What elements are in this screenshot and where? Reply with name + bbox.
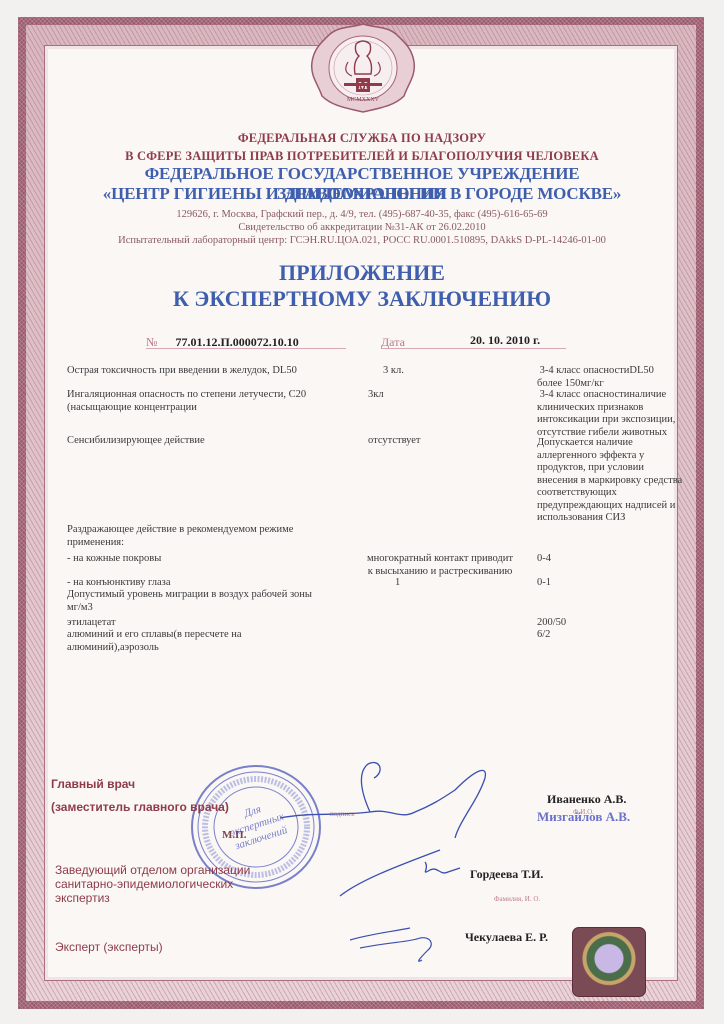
value-cell: 1 [395, 577, 415, 590]
parameter-cell: алюминий и его сплавы(в пересчете на алю… [67, 629, 357, 654]
chief-physician-role: Главный врач [51, 777, 135, 791]
parameter-cell: Допустимый уровень миграции в воздух раб… [67, 589, 357, 614]
parameter-cell: Раздражающее действие в рекомендуемом ре… [67, 524, 357, 549]
deputy-chief-role: (заместитель главного врача) [51, 800, 229, 814]
institution-emblem-icon: М MCMXXXV [308, 22, 418, 114]
document-page: М MCMXXXV ФЕДЕРАЛЬНАЯ СЛУЖБА ПО НАДЗОРУ … [0, 0, 724, 1024]
norm-cell: Допускается наличие аллергенного эффекта… [537, 437, 687, 525]
department-head-name: Гордеева Т.И. [470, 867, 543, 882]
organization-address: 129626, г. Москва, Графский пер., д. 4/9… [60, 209, 664, 220]
number-label: № [146, 335, 157, 349]
value-cell: 3 кл. [383, 365, 553, 378]
value-cell: отсутствует [368, 435, 538, 448]
department-head-role: Заведующий отделом организации санитарно… [55, 863, 250, 905]
document-date: 20. 10. 2010 г. [470, 333, 540, 348]
norm-cell: 200/50 [537, 617, 687, 630]
document-number-field: № 77.01.12.П.000072.10.10 [146, 333, 346, 349]
deputy-name-stamp: Мизгайлов А.В. [537, 809, 630, 825]
document-title-line2: К ЭКСПЕРТНОМУ ЗАКЛЮЧЕНИЮ [60, 286, 664, 312]
hologram-sticker-icon [573, 928, 645, 996]
document-date-field: Дата 20. 10. 2010 г. [381, 333, 566, 349]
department-head-signature-icon [330, 840, 480, 900]
laboratory-info: Испытательный лабораторный центр: ГСЭН.R… [60, 235, 664, 246]
svg-text:MCMXXXV: MCMXXXV [347, 97, 380, 103]
norm-cell: 0-4 [537, 553, 687, 566]
norm-cell: 6/2 [537, 629, 687, 642]
parameter-cell: Сенсибилизирующее действие [67, 435, 357, 448]
expert-role: Эксперт (эксперты) [55, 940, 163, 954]
value-cell: многократный контакт приводит к высыхани… [360, 553, 520, 578]
agency-name-line2: В СФЕРЕ ЗАЩИТЫ ПРАВ ПОТРЕБИТЕЛЕЙ И БЛАГО… [60, 149, 664, 164]
agency-name-line1: ФЕДЕРАЛЬНАЯ СЛУЖБА ПО НАДЗОРУ [60, 131, 664, 146]
chief-name: Иваненко А.В. [547, 792, 626, 807]
svg-text:М: М [358, 81, 368, 92]
expert-name: Чекулаева Е. Р. [465, 930, 548, 945]
value-cell: 3кл [368, 389, 538, 402]
parameter-cell: - на кожные покровы [67, 553, 357, 566]
document-title-line1: ПРИЛОЖЕНИЕ [60, 260, 664, 286]
parameter-cell: - на конъюнктиву глаза [67, 577, 357, 590]
parameter-cell: Ингаляционная опасность по степени летуч… [67, 389, 357, 414]
accreditation-certificate: Свидетельство об аккредитации №31-АК от … [60, 222, 664, 233]
document-number: 77.01.12.П.000072.10.10 [175, 335, 298, 349]
norm-cell: 3-4 класс опасностиналичие клинических п… [537, 389, 687, 439]
chief-signature-icon [240, 750, 490, 840]
parameter-cell: Острая токсичность при введении в желудо… [67, 365, 357, 378]
norm-cell: 3-4 класс опасностиDL50 более 150мг/кг [537, 365, 687, 390]
organization-name-line2: «ЦЕНТР ГИГИЕНЫ И ЭПИДЕМИОЛОГИИ В ГОРОДЕ … [60, 184, 664, 204]
fio-caption-head: Фамилия, И. О. [494, 895, 540, 903]
expert-signature-icon [340, 920, 470, 970]
parameter-cell: этилацетат [67, 617, 357, 630]
date-label: Дата [381, 335, 405, 349]
norm-cell: 0-1 [537, 577, 687, 590]
